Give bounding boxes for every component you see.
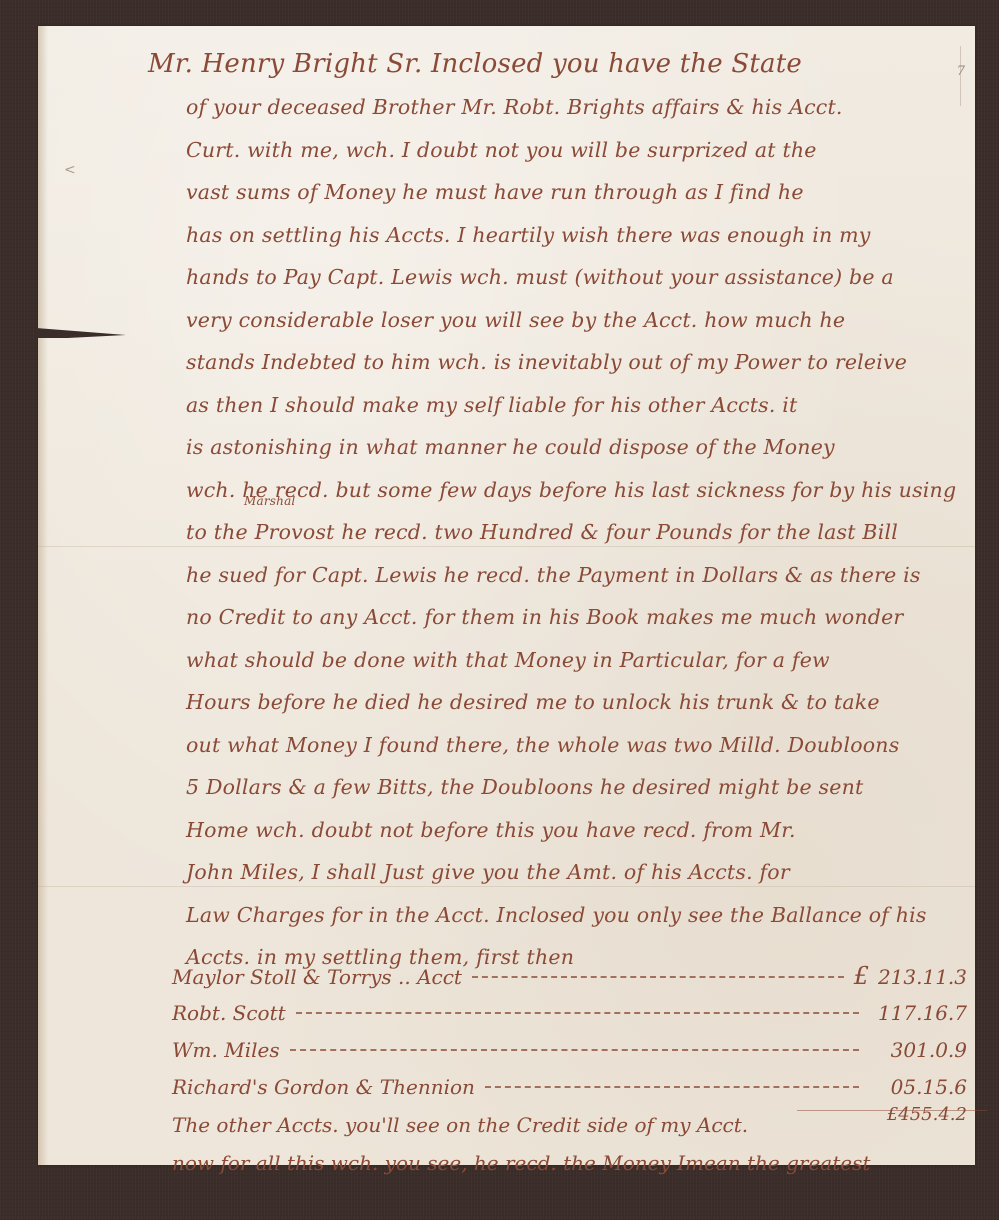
letter-line: stands Indebted to him wch. is inevitabl… [148, 341, 968, 384]
letter-closing: The other Accts. you'll see on the Credi… [172, 1106, 967, 1182]
letter-line: he sued for Capt. Lewis he recd. the Pay… [148, 554, 968, 597]
letter-line: Curt. with me, wch. I doubt not you will… [148, 129, 968, 172]
account-name: Richard's Gordon & Thennion [172, 1069, 475, 1106]
dotted-leader [296, 1012, 859, 1014]
letter-line: vast sums of Money he must have run thro… [148, 171, 968, 214]
account-name: Maylor Stoll & Torrys .. Acct [172, 959, 462, 996]
interlinear-insertion: Marshal [244, 495, 295, 507]
letter-line: Marshal to the Provost he recd. two Hund… [148, 511, 968, 554]
letter-line: has on settling his Accts. I heartily wi… [148, 214, 968, 257]
account-row: Maylor Stoll & Torrys .. Acct £ 213.11.3 [172, 958, 967, 995]
dotted-leader [472, 976, 844, 978]
account-amount: 117.16.7 [875, 995, 967, 1032]
letter-line: hands to Pay Capt. Lewis wch. must (with… [148, 256, 968, 299]
letter-line: out what Money I found there, the whole … [148, 724, 968, 767]
letter-line: as then I should make my self liable for… [148, 384, 968, 427]
letter-line: Hours before he died he desired me to un… [148, 681, 968, 724]
pound-sign: £ [854, 958, 869, 995]
dotted-leader [485, 1086, 859, 1088]
letter-line: now for all this wch. you see, he recd. … [172, 1144, 967, 1182]
paper-tear [36, 328, 126, 338]
left-margin-mark: < [64, 162, 76, 178]
letter-line: 5 Dollars & a few Bitts, the Doubloons h… [148, 766, 968, 809]
accounts-list: Maylor Stoll & Torrys .. Acct £ 213.11.3… [172, 958, 967, 1106]
dotted-leader [290, 1049, 859, 1051]
letter-line: The other Accts. you'll see on the Credi… [172, 1106, 967, 1144]
letter-line: John Miles, I shall Just give you the Am… [148, 851, 968, 894]
letter-line: of your deceased Brother Mr. Robt. Brigh… [148, 86, 968, 129]
letter-line: no Credit to any Acct. for them in his B… [148, 596, 968, 639]
account-name: Robt. Scott [172, 995, 286, 1032]
letter-line: is astonishing in what manner he could d… [148, 426, 968, 469]
letter-line: Mr. Henry Bright Sr. Inclosed you have t… [148, 42, 968, 86]
total-amount: £455.4.2 [887, 1096, 967, 1134]
account-row: Robt. Scott 117.16.7 [172, 995, 967, 1032]
account-amount: 213.11.3 [875, 959, 967, 996]
letter-line: what should be done with that Money in P… [148, 639, 968, 682]
letter-line: Home wch. doubt not before this you have… [148, 809, 968, 852]
account-row: Wm. Miles 301.0.9 [172, 1032, 967, 1069]
account-row: Richard's Gordon & Thennion 05.15.6 [172, 1069, 967, 1106]
account-name: Wm. Miles [172, 1032, 280, 1069]
letter-body: Mr. Henry Bright Sr. Inclosed you have t… [148, 42, 968, 979]
account-amount: 301.0.9 [875, 1032, 967, 1069]
paper-left-edge [38, 26, 48, 1165]
letter-line: Law Charges for in the Acct. Inclosed yo… [148, 894, 968, 937]
letter-line: very considerable loser you will see by … [148, 299, 968, 342]
